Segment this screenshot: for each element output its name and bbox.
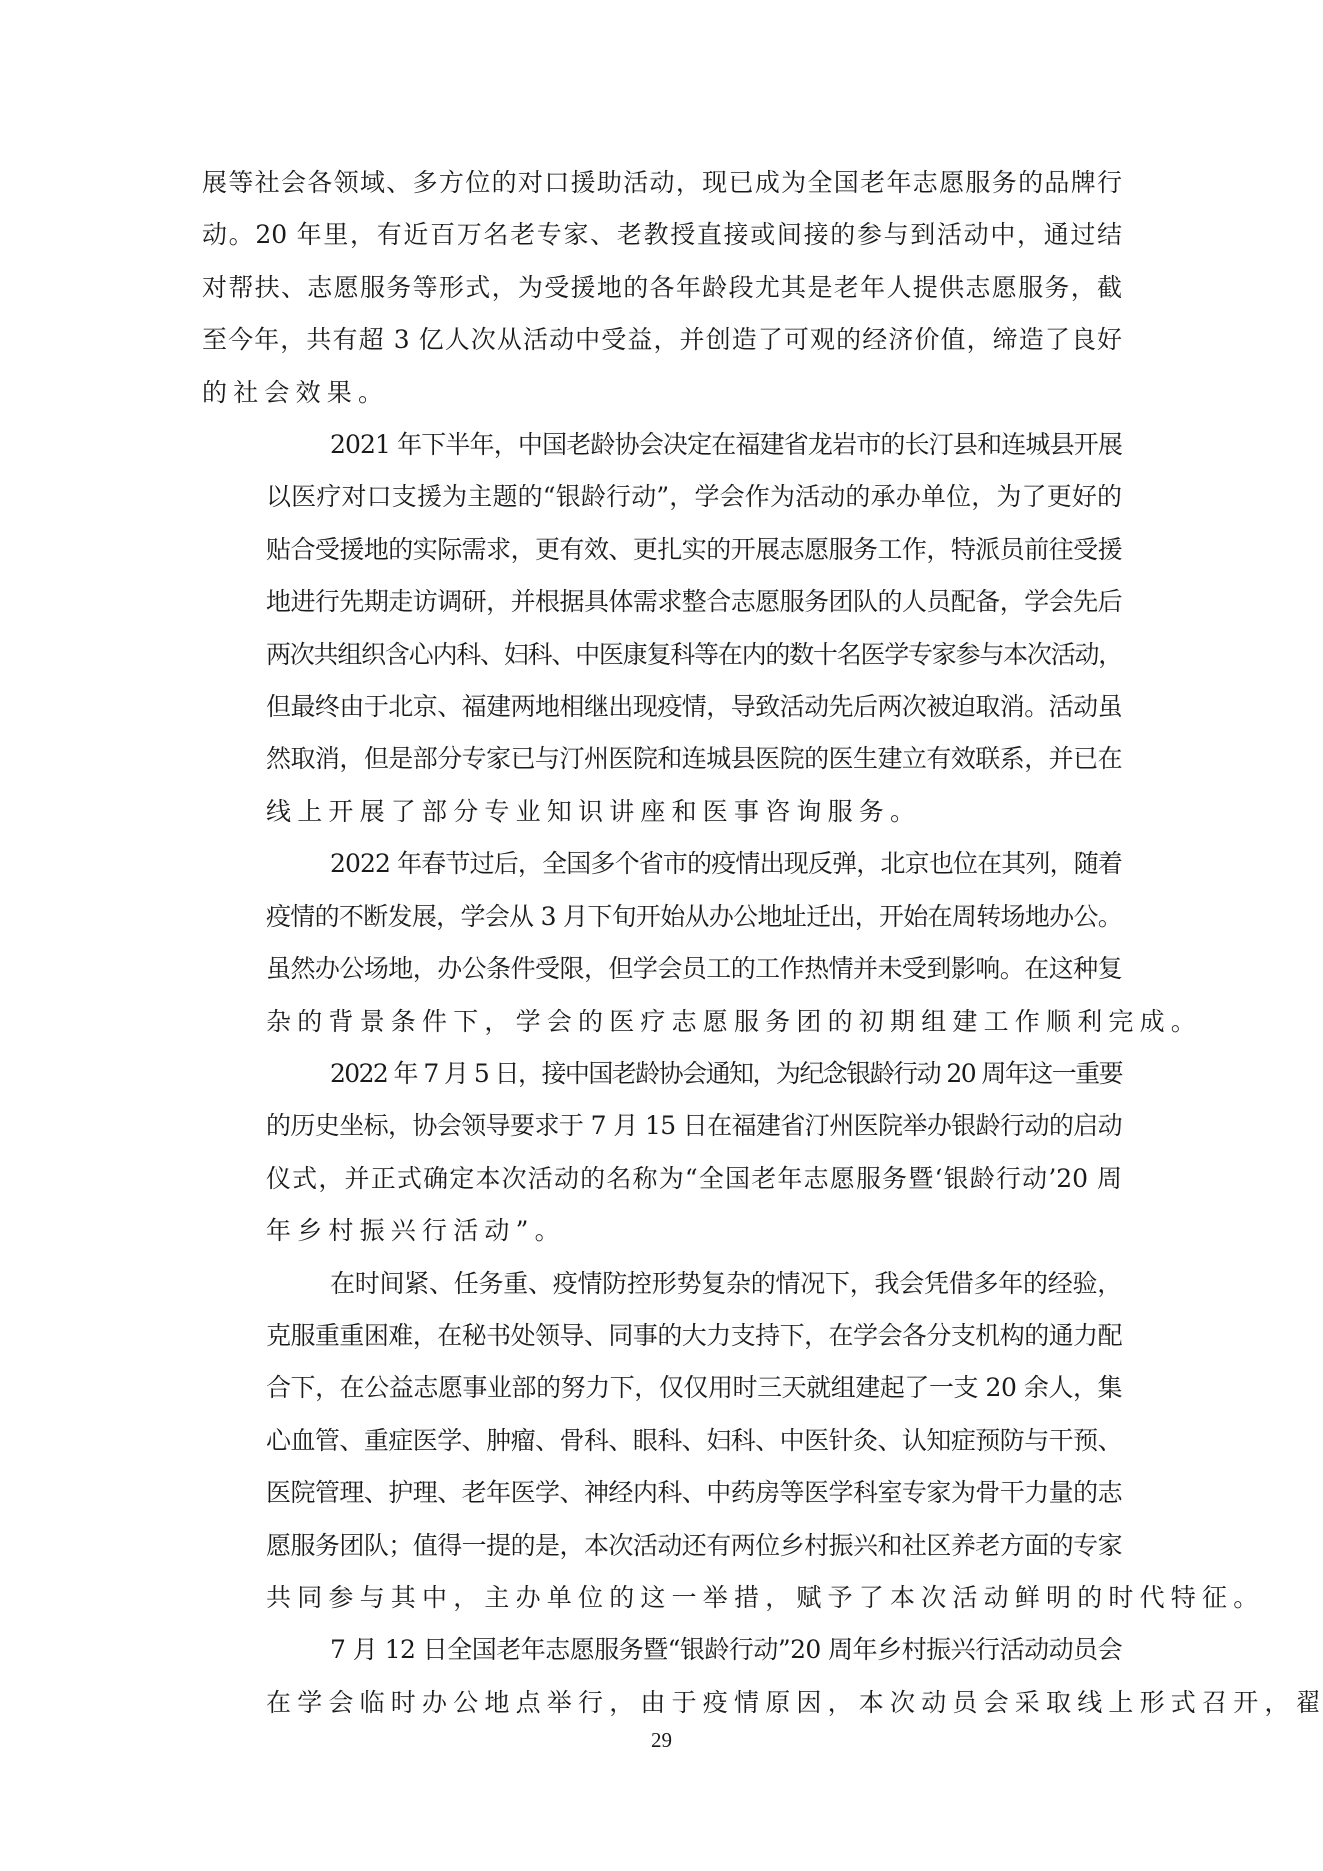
text-line: 在学会临时办公地点举行，由于疫情原因，本次动员会采取线上形式召开，翟静 [202, 1677, 1122, 1729]
paragraph: 展等社会各领域、多方位的对口援助活动，现已成为全国老年志愿服务的品牌行动。20 … [202, 157, 1122, 419]
text-line: 克服重重困难，在秘书处领导、同事的大力支持下，在学会各分支机构的通力配 [202, 1310, 1122, 1362]
text-line: 心血管、重症医学、肿瘤、骨科、眼科、妇科、中医针灸、认知症预防与干预、 [202, 1415, 1122, 1467]
body-text: 展等社会各领域、多方位的对口援助活动，现已成为全国老年志愿服务的品牌行动。20 … [202, 157, 1122, 1729]
text-line: 2022 年春节过后，全国多个省市的疫情出现反弹，北京也位在其列，随着 [202, 838, 1122, 890]
text-line: 地进行先期走访调研，并根据具体需求整合志愿服务团队的人员配备，学会先后 [202, 576, 1122, 628]
text-line: 但最终由于北京、福建两地相继出现疫情，导致活动先后两次被迫取消。活动虽 [202, 681, 1122, 733]
text-line: 2021 年下半年，中国老龄协会决定在福建省龙岩市的长汀县和连城县开展 [202, 419, 1122, 471]
paragraph: 在时间紧、任务重、疫情防控形势复杂的情况下，我会凭借多年的经验，克服重重困难，在… [202, 1258, 1122, 1625]
text-line: 展等社会各领域、多方位的对口援助活动，现已成为全国老年志愿服务的品牌行 [202, 157, 1122, 209]
text-line: 愿服务团队；值得一提的是，本次活动还有两位乡村振兴和社区养老方面的专家 [202, 1520, 1122, 1572]
text-line: 疫情的不断发展，学会从 3 月下旬开始从办公地址迁出，开始在周转场地办公。 [202, 891, 1122, 943]
text-line: 的社会效果。 [202, 367, 1122, 419]
text-line: 动。20 年里，有近百万名老专家、老教授直接或间接的参与到活动中，通过结 [202, 209, 1122, 261]
paragraph: 7 月 12 日全国老年志愿服务暨“银龄行动”20 周年乡村振兴行活动动员会在学… [202, 1624, 1122, 1729]
text-line: 对帮扶、志愿服务等形式，为受援地的各年龄段尤其是老年人提供志愿服务，截 [202, 262, 1122, 314]
text-line: 仪式，并正式确定本次活动的名称为“全国老年志愿服务暨‘银龄行动’20 周 [202, 1153, 1122, 1205]
text-line: 共同参与其中，主办单位的这一举措，赋予了本次活动鲜明的时代特征。 [202, 1572, 1122, 1624]
page-number: 29 [0, 1728, 1323, 1753]
text-line: 年乡村振兴行活动”。 [202, 1205, 1122, 1257]
text-line: 贴合受援地的实际需求，更有效、更扎实的开展志愿服务工作，特派员前往受援 [202, 524, 1122, 576]
text-line: 合下，在公益志愿事业部的努力下，仅仅用时三天就组建起了一支 20 余人，集 [202, 1362, 1122, 1414]
document-page: 展等社会各领域、多方位的对口援助活动，现已成为全国老年志愿服务的品牌行动。20 … [0, 0, 1323, 1871]
text-line: 线上开展了部分专业知识讲座和医事咨询服务。 [202, 786, 1122, 838]
text-line: 然取消，但是部分专家已与汀州医院和连城县医院的医生建立有效联系，并已在 [202, 733, 1122, 785]
paragraph: 2022 年 7 月 5 日，接中国老龄协会通知，为纪念银龄行动 20 周年这一… [202, 1048, 1122, 1258]
text-line: 医院管理、护理、老年医学、神经内科、中药房等医学科室专家为骨干力量的志 [202, 1467, 1122, 1519]
paragraph: 2022 年春节过后，全国多个省市的疫情出现反弹，北京也位在其列，随着疫情的不断… [202, 838, 1122, 1048]
text-line: 以医疗对口支援为主题的“银龄行动”，学会作为活动的承办单位，为了更好的 [202, 471, 1122, 523]
text-line: 虽然办公场地，办公条件受限，但学会员工的工作热情并未受到影响。在这种复 [202, 943, 1122, 995]
text-line: 的历史坐标，协会领导要求于 7 月 15 日在福建省汀州医院举办银龄行动的启动 [202, 1100, 1122, 1152]
text-line: 两次共组织含心内科、妇科、中医康复科等在内的数十名医学专家参与本次活动， [202, 629, 1122, 681]
text-line: 杂的背景条件下，学会的医疗志愿服务团的初期组建工作顺利完成。 [202, 996, 1122, 1048]
text-line: 在时间紧、任务重、疫情防控形势复杂的情况下，我会凭借多年的经验， [202, 1258, 1122, 1310]
text-line: 至今年，共有超 3 亿人次从活动中受益，并创造了可观的经济价值，缔造了良好 [202, 314, 1122, 366]
paragraph: 2021 年下半年，中国老龄协会决定在福建省龙岩市的长汀县和连城县开展以医疗对口… [202, 419, 1122, 838]
text-line: 7 月 12 日全国老年志愿服务暨“银龄行动”20 周年乡村振兴行活动动员会 [202, 1624, 1122, 1676]
text-line: 2022 年 7 月 5 日，接中国老龄协会通知，为纪念银龄行动 20 周年这一… [202, 1048, 1122, 1100]
